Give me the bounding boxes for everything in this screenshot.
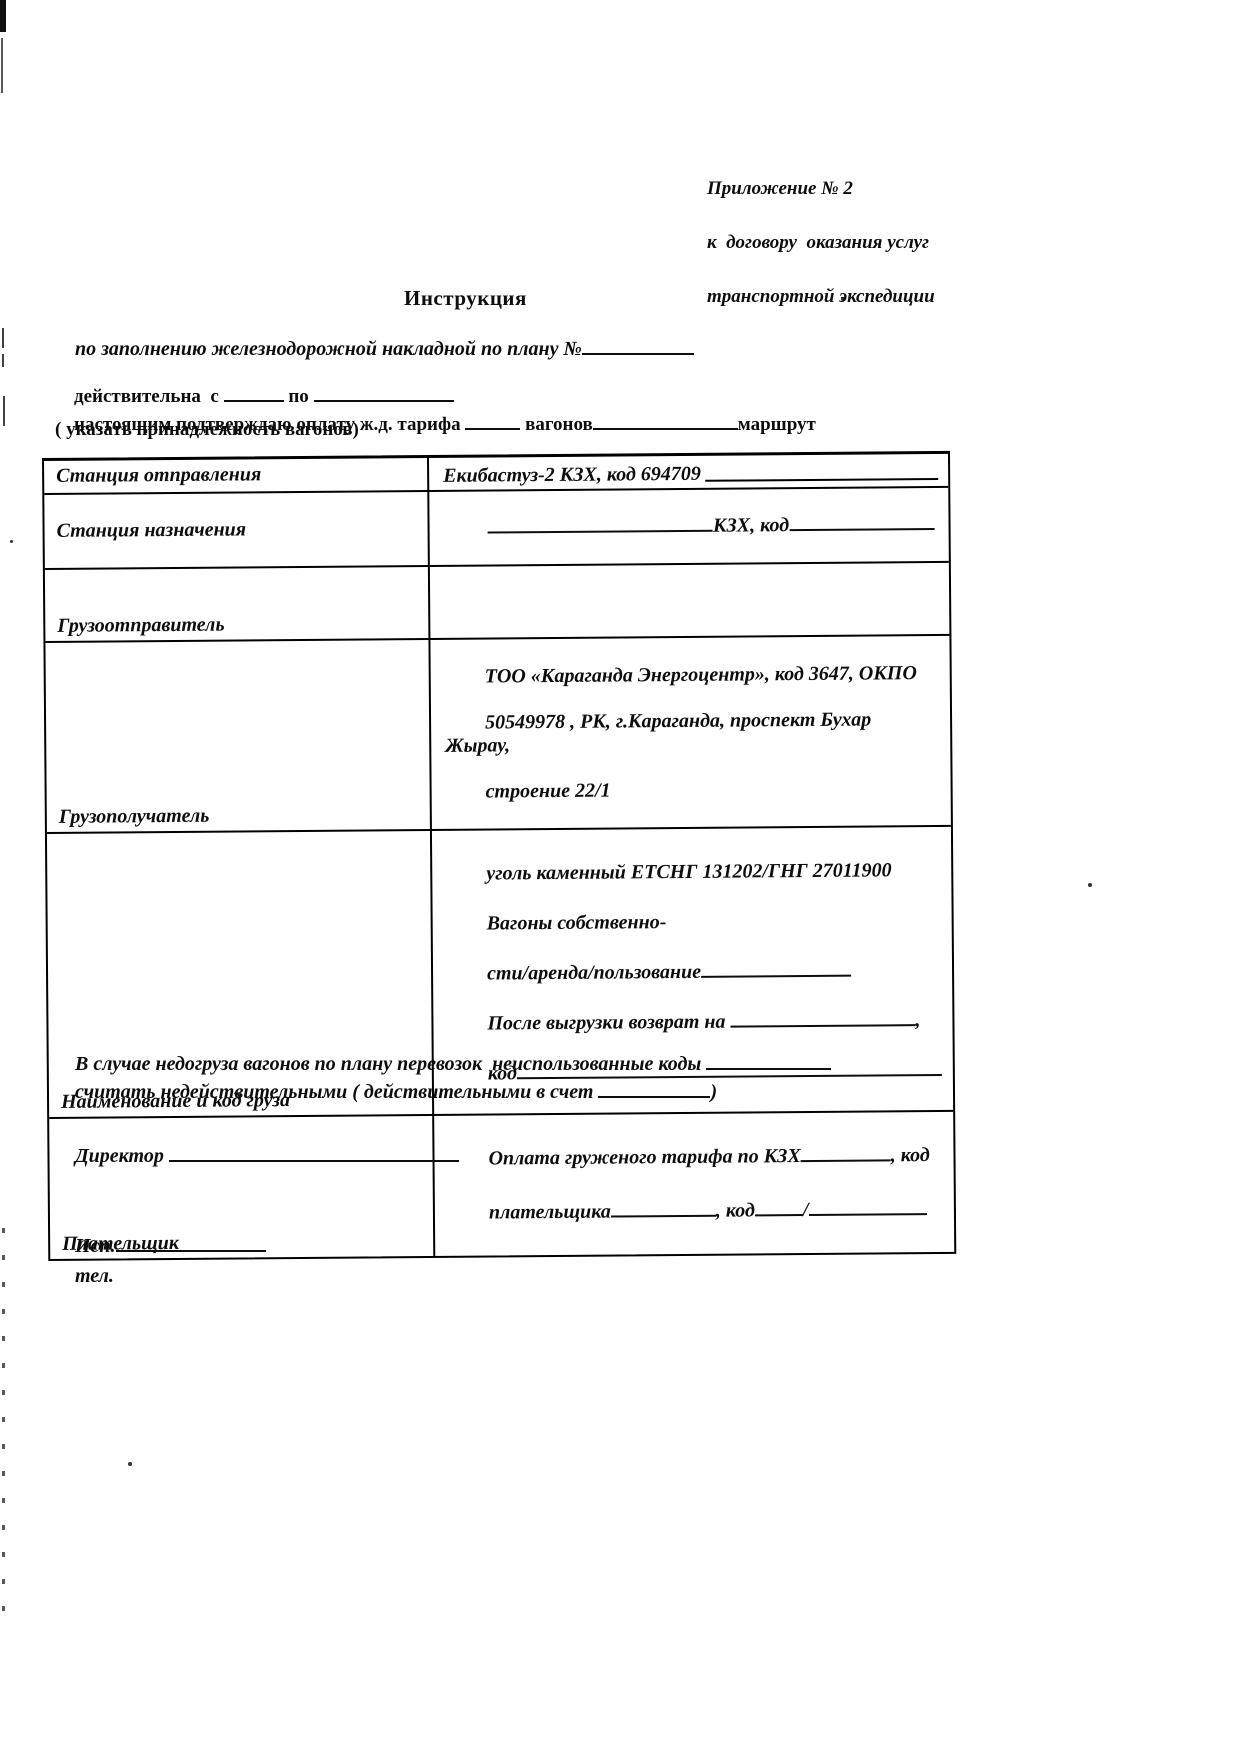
payer-code-prefix: плательщика <box>489 1201 611 1224</box>
blank-wagon-ownership <box>701 963 851 978</box>
blank-payer <box>611 1203 716 1218</box>
departure-value-cell: Екибастуз-2 КЗХ, код 694709 <box>429 454 948 490</box>
blank-payer-code-2 <box>808 1201 926 1216</box>
cargo-wagons-line1: Вагоны собственно- <box>487 911 667 934</box>
blank-payer-code-1 <box>755 1202 803 1216</box>
appendix-line-2: к договору оказания услуг <box>707 232 929 253</box>
destination-value: КЗХ, код <box>713 514 789 537</box>
scan-speck <box>1088 883 1092 887</box>
appendix-line-1: Приложение № 2 <box>707 178 853 199</box>
destination-label: Станция назначения <box>44 492 430 568</box>
payer-tariff-prefix: Оплата груженого тарифа по КЗХ <box>488 1145 800 1169</box>
underload-close-paren: ) <box>710 1081 717 1103</box>
departure-value: Екибастуз-2 КЗХ, код 694709 <box>443 463 701 488</box>
payer-code-mid: , код <box>716 1199 755 1221</box>
director-line: Директор <box>55 1122 459 1191</box>
cargo-name: уголь каменный ЕТСНГ 131202/ГНГ 27011900 <box>486 859 891 884</box>
blank-valid-count <box>598 1084 710 1098</box>
underload-line-2: считать недействительными ( действительн… <box>55 1058 717 1127</box>
appendix-header: Приложение № 2 к договору оказания услуг… <box>688 148 935 337</box>
blank-tariff-kzh <box>801 1147 891 1162</box>
blank-plan-number <box>582 341 694 355</box>
cargo-wagons-line2: сти/аренда/пользование <box>487 961 701 985</box>
cargo-return-comma: , <box>915 1009 920 1031</box>
blank-departure <box>705 478 938 482</box>
underload-text-2: считать недействительными ( действительн… <box>75 1081 593 1103</box>
blank-destination-right <box>789 516 934 531</box>
blank-director-signature <box>169 1148 459 1162</box>
scan-speck <box>10 540 13 543</box>
subtitle-text: по заполнению железнодорожной накладной … <box>75 338 582 360</box>
blank-destination-left <box>488 518 713 534</box>
consignee-line-1: ТОО «Караганда Энергоцентр», код 3647, О… <box>485 662 917 687</box>
payer-tariff-suffix: , код <box>891 1144 930 1166</box>
scan-artifact <box>2 354 4 367</box>
scan-artifact <box>0 0 6 32</box>
consignee-line-3: строение 22/1 <box>486 780 611 803</box>
consignee-value-cell: ТОО «Караганда Энергоцентр», код 3647, О… <box>430 636 950 829</box>
scanned-document-page: Приложение № 2 к договору оказания услуг… <box>0 0 1240 1754</box>
phone-line: тел. <box>55 1242 114 1311</box>
appendix-line-3: транспортной экспедиции <box>707 286 935 307</box>
table-row-consignee: Грузополучатель ТОО «Караганда Энергоцен… <box>45 636 950 834</box>
table-row-shipper: Грузоотправитель <box>45 563 950 643</box>
consignee-line-2: 50549978 , РК, г.Караганда, проспект Бух… <box>445 708 876 756</box>
destination-value-cell: КЗХ, код <box>429 488 949 565</box>
scan-artifact <box>3 396 5 426</box>
director-label: Директор <box>75 1145 164 1167</box>
blank-tariff <box>465 416 520 430</box>
departure-label: Станция отправления <box>44 458 429 493</box>
ownership-note: ( указать принадлежность вагонов) <box>55 419 359 441</box>
scan-artifact <box>1 38 3 93</box>
scan-artifact <box>2 1228 5 1623</box>
shipper-value-cell <box>430 563 950 638</box>
phone-label: тел. <box>75 1265 114 1287</box>
blank-unused-codes <box>706 1056 831 1070</box>
confirmation-wagons: вагонов <box>525 414 593 435</box>
blank-executor <box>116 1238 266 1252</box>
payer-value-cell: Оплата груженого тарифа по КЗХ, код плат… <box>434 1112 954 1256</box>
blank-wagons <box>593 416 738 430</box>
table-row-destination: Станция назначения КЗХ, код <box>44 488 949 570</box>
scan-artifact <box>2 328 4 348</box>
shipper-label: Грузоотправитель <box>45 567 431 641</box>
document-title: Инструкция <box>404 286 527 311</box>
consignee-label: Грузополучатель <box>45 640 431 832</box>
blank-return-station <box>730 1012 915 1027</box>
scan-speck <box>128 1462 132 1466</box>
confirmation-route: маршрут <box>738 414 816 435</box>
